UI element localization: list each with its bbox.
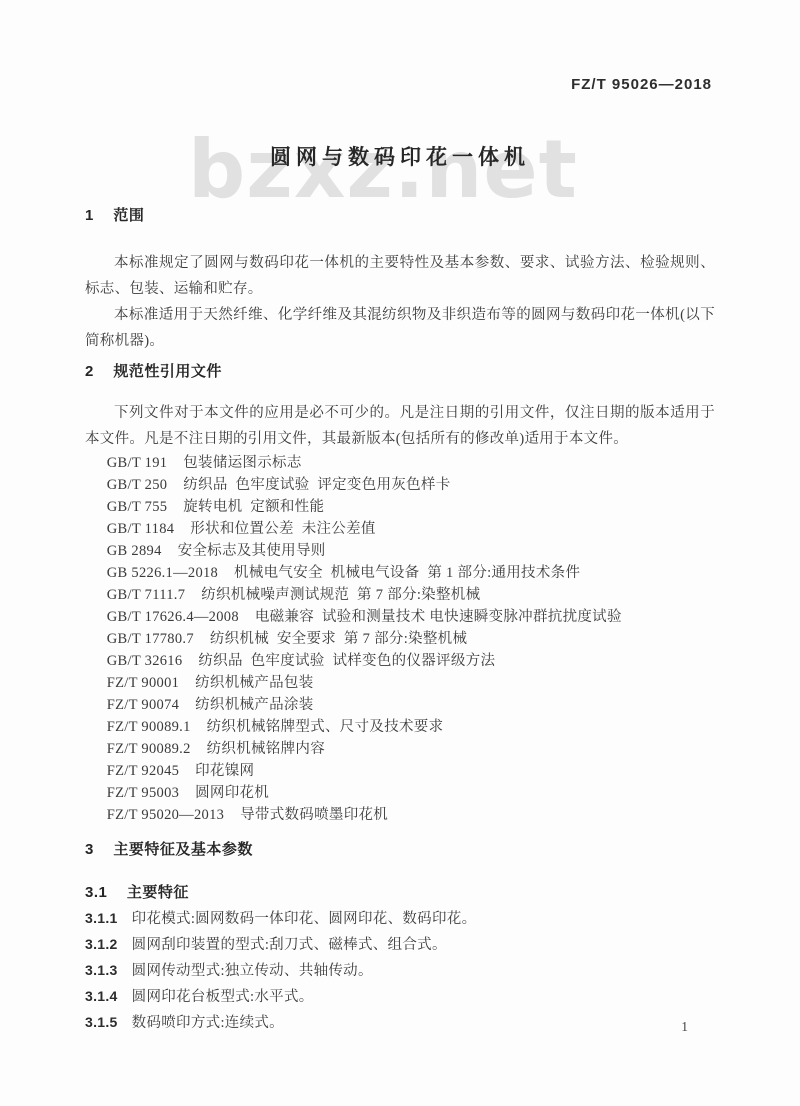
clause-number: 3.1.4 [85,988,118,1004]
reference-item: GB/T 1184形状和位置公差 未注公差值 [85,518,715,540]
reference-code: GB/T 250 [107,477,168,493]
reference-item: FZ/T 90074纺织机械产品涂装 [85,694,715,716]
reference-code: FZ/T 95003 [107,785,179,801]
reference-item: FZ/T 95020—2013导带式数码喷墨印花机 [85,804,715,826]
standard-code: FZ/T 95026—2018 [571,76,712,93]
clause-list: 3.1.1印花模式:圆网数码一体印花、圆网印花、数码印花。 3.1.2圆网刮印装… [85,906,715,1036]
clause-text: 数码喷印方式:连续式。 [132,1015,284,1031]
reference-item: GB 5226.1—2018机械电气安全 机械电气设备 第 1 部分:通用技术条… [85,562,715,584]
reference-code: GB/T 755 [107,499,168,515]
reference-title: 印花镍网 [195,763,254,779]
clause-item: 3.1.4圆网印花台板型式:水平式。 [85,984,715,1010]
reference-code: GB/T 32616 [107,653,183,669]
reference-code: FZ/T 95020—2013 [107,807,224,823]
clause-item: 3.1.5数码喷印方式:连续式。 [85,1010,715,1036]
reference-title: 安全标志及其使用导则 [178,543,326,559]
reference-title: 纺织机械 安全要求 第 7 部分:染整机械 [210,631,467,647]
reference-item: GB/T 17780.7纺织机械 安全要求 第 7 部分:染整机械 [85,628,715,650]
reference-code: FZ/T 92045 [107,763,179,779]
reference-item: FZ/T 95003圆网印花机 [85,782,715,804]
reference-item: GB/T 32616纺织品 色牢度试验 试样变色的仪器评级方法 [85,650,715,672]
section-1-number: 1 [85,207,94,224]
references-intro: 下列文件对于本文件的应用是必不可少的。凡是注日期的引用文件，仅注日期的版本适用于… [85,400,715,452]
clause-text: 圆网印花台板型式:水平式。 [132,989,314,1005]
clause-number: 3.1.3 [85,962,118,978]
reference-item: FZ/T 90089.1纺织机械铭牌型式、尺寸及技术要求 [85,716,715,738]
reference-title: 导带式数码喷墨印花机 [240,807,388,823]
reference-item: GB/T 7111.7纺织机械噪声测试规范 第 7 部分:染整机械 [85,584,715,606]
clause-text: 圆网刮印装置的型式:刮刀式、磁棒式、组合式。 [132,937,447,953]
clause-item: 3.1.3圆网传动型式:独立传动、共轴传动。 [85,958,715,984]
reference-code: GB/T 1184 [107,521,175,537]
section-3-heading: 3主要特征及基本参数 [85,840,715,860]
document-page: bzxz.net FZ/T 95026—2018 圆网与数码印花一体机 1范围 … [0,0,800,1106]
reference-item: FZ/T 92045印花镍网 [85,760,715,782]
document-title: 圆网与数码印花一体机 [0,141,800,171]
section-3-1-title: 主要特征 [127,884,189,901]
reference-code: FZ/T 90074 [107,697,179,713]
scope-paragraph-2: 本标准适用于天然纤维、化学纤维及其混纺织物及非织造布等的圆网与数码印花一体机(以… [85,302,715,354]
clause-item: 3.1.2圆网刮印装置的型式:刮刀式、磁棒式、组合式。 [85,932,715,958]
clause-number: 3.1.2 [85,936,118,952]
section-3-1-heading: 3.1主要特征 [85,883,715,903]
reference-item: FZ/T 90089.2纺织机械铭牌内容 [85,738,715,760]
section-2-title: 规范性引用文件 [113,363,222,380]
section-1-title: 范围 [113,207,144,224]
reference-title: 纺织机械噪声测试规范 第 7 部分:染整机械 [201,587,480,603]
scope-paragraph-1: 本标准规定了圆网与数码印花一体机的主要特性及基本参数、要求、试验方法、检验规则、… [85,250,715,302]
reference-item: GB/T 250纺织品 色牢度试验 评定变色用灰色样卡 [85,474,715,496]
reference-title: 电磁兼容 试验和测量技术 电快速瞬变脉冲群抗扰度试验 [255,609,622,625]
reference-code: FZ/T 90089.1 [107,719,191,735]
section-3-number: 3 [85,841,94,858]
reference-title: 纺织机械产品包装 [195,675,313,691]
reference-title: 纺织品 色牢度试验 试样变色的仪器评级方法 [198,653,495,669]
section-1-heading: 1范围 [85,206,715,226]
section-3-title: 主要特征及基本参数 [113,841,253,858]
reference-title: 纺织机械铭牌型式、尺寸及技术要求 [207,719,444,735]
reference-code: GB 2894 [107,543,162,559]
reference-code: FZ/T 90001 [107,675,179,691]
reference-item: GB/T 755旋转电机 定额和性能 [85,496,715,518]
section-3-1-number: 3.1 [85,884,107,901]
section-2-number: 2 [85,363,94,380]
reference-title: 机械电气安全 机械电气设备 第 1 部分:通用技术条件 [234,565,580,581]
reference-code: GB/T 17626.4—2008 [107,609,239,625]
reference-title: 包装储运图示标志 [183,455,301,471]
clause-item: 3.1.1印花模式:圆网数码一体印花、圆网印花、数码印花。 [85,906,715,932]
reference-code: GB/T 17780.7 [107,631,194,647]
clause-number: 3.1.1 [85,910,118,926]
reference-title: 纺织机械铭牌内容 [207,741,325,757]
reference-item: GB 2894安全标志及其使用导则 [85,540,715,562]
reference-code: GB 5226.1—2018 [107,565,218,581]
references-list: GB/T 191包装储运图示标志 GB/T 250纺织品 色牢度试验 评定变色用… [85,452,715,826]
clause-text: 圆网传动型式:独立传动、共轴传动。 [132,963,373,979]
clause-text: 印花模式:圆网数码一体印花、圆网印花、数码印花。 [132,911,477,927]
reference-item: GB/T 17626.4—2008电磁兼容 试验和测量技术 电快速瞬变脉冲群抗扰… [85,606,715,628]
reference-code: FZ/T 90089.2 [107,741,191,757]
reference-title: 纺织机械产品涂装 [195,697,313,713]
reference-title: 旋转电机 定额和性能 [183,499,324,515]
page-number: 1 [681,1019,688,1035]
reference-item: GB/T 191包装储运图示标志 [85,452,715,474]
section-2-heading: 2规范性引用文件 [85,362,715,382]
reference-title: 圆网印花机 [195,785,269,801]
reference-title: 纺织品 色牢度试验 评定变色用灰色样卡 [183,477,450,493]
reference-title: 形状和位置公差 未注公差值 [190,521,375,537]
reference-item: FZ/T 90001纺织机械产品包装 [85,672,715,694]
document-content: 1范围 本标准规定了圆网与数码印花一体机的主要特性及基本参数、要求、试验方法、检… [85,206,715,1036]
reference-code: GB/T 7111.7 [107,587,186,603]
clause-number: 3.1.5 [85,1014,118,1030]
reference-code: GB/T 191 [107,455,168,471]
